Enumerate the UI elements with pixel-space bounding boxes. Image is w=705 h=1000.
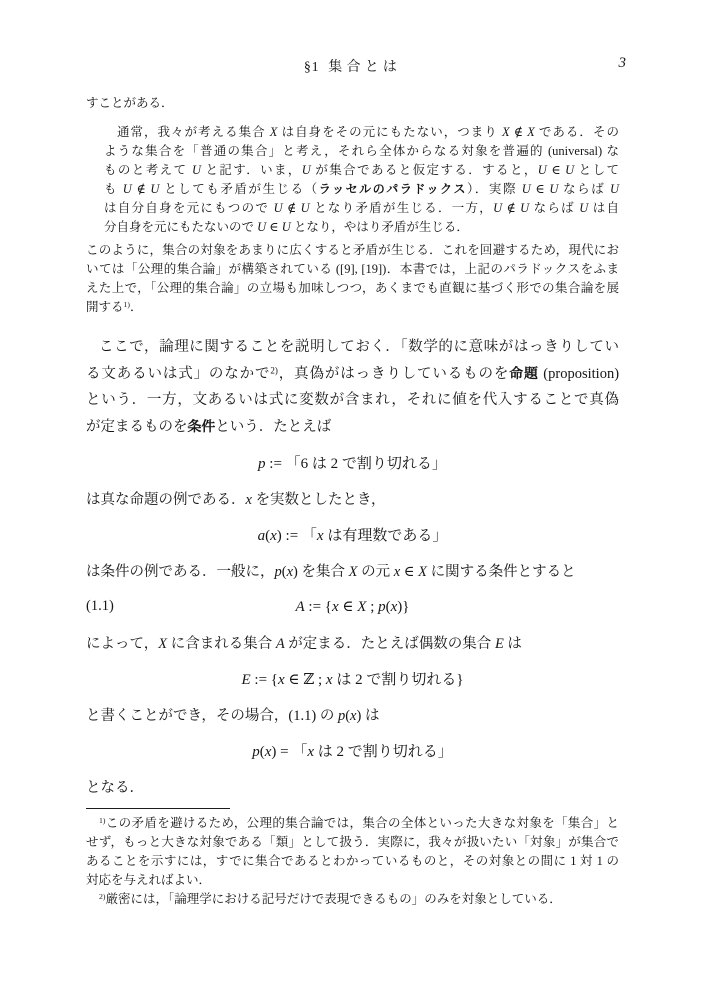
text-line: いては「公理的集合論」が構築されている ([9], [19])．本書では，上記の… — [86, 260, 619, 279]
text-run: ものと考えて — [104, 163, 192, 177]
page-body: すことがある． 通常，我々が考える集合 X は自身をその元にもたない，つまり X… — [86, 94, 619, 909]
text-line: 通常，我々が考える集合 X は自身をその元にもたない，つまり X ∉ X である… — [104, 123, 619, 142]
text-run: ∉ — [283, 201, 301, 215]
math-variable: E — [495, 636, 504, 652]
display-equation: E := {x ∈ ℤ ; x は 2 で割り切れる} — [86, 660, 619, 696]
text-line: 2)厳密には，「論理学における記号だけで表現できるもの」のみを対象としている． — [86, 890, 619, 909]
text-run: ならば — [558, 182, 610, 196]
text-run: ∈ ℤ ; — [285, 672, 326, 688]
math-variable: U — [522, 182, 531, 196]
math-variable: p — [252, 744, 260, 760]
math-variable: x — [270, 528, 277, 544]
text-line: あることを示すには，すでに集合であるとわかっているものと，その対象との間に 1 … — [86, 852, 619, 871]
text-line: は自分自身を元にもつので U ∉ U となり矛盾が生じる．一方，U ∉ U なら… — [104, 199, 619, 218]
text-run: 対応を与えればよい． — [86, 873, 211, 887]
text-run: となり矛盾が生じる．一方， — [310, 201, 493, 215]
text-line: となる． — [86, 768, 619, 804]
math-variable: U — [302, 163, 311, 177]
textbook-page: §1集合とは 3 すことがある． 通常，我々が考える集合 X は自身をその元にも… — [0, 0, 705, 1000]
text-run: 開する — [86, 300, 124, 314]
line-content: E := {x ∈ ℤ ; x は 2 で割り切れる} — [241, 668, 463, 689]
text-line: 1)この矛盾を避けるため，公理的集合論では，集合の全体といった大きな対象を「集合… — [86, 814, 619, 833]
text-run: ような集合を「普通の集合」と考え，それら全体からなる対象を普遍的 (univer… — [104, 144, 619, 158]
bold-term: 条件 — [188, 418, 216, 434]
text-run: は条件の例である．一般に， — [86, 564, 275, 580]
display-equation: (1.1)A := {x ∈ X ; p(x)} — [86, 588, 619, 624]
text-line: は条件の例である．一般に，p(x) を集合 X の元 x ∈ X に関する条件と… — [86, 552, 619, 588]
equation-tag: (1.1) — [86, 598, 114, 615]
text-run: この矛盾を避けるため，公理的集合論では，集合の全体といった大きな対象を「集合」と — [105, 816, 619, 830]
text-line: る文あるいは式」のなかで2)，真偽がはっきりしているものを命題 (proposi… — [86, 360, 619, 387]
section-title: 集合とは — [328, 60, 401, 75]
running-head: §1集合とは — [86, 56, 619, 76]
text-run: えた上で，「公理的集合論」の立場も加味しつつ，あくまでも直観に基づく形での集合論… — [86, 281, 619, 295]
math-variable: x — [278, 672, 285, 688]
math-variable: x — [332, 599, 339, 615]
text-run: と記す．いま， — [201, 163, 302, 177]
text-run: ) := 「 — [277, 528, 317, 544]
text-run: ) = 「 — [271, 744, 307, 760]
math-variable: U — [274, 201, 283, 215]
line-content: a(x) := 「x は有理数である」 — [258, 524, 448, 545]
text-run: としても矛盾が生じる（ — [159, 182, 318, 196]
text-run: が集合であると仮定する．すると， — [311, 163, 538, 177]
text-run: すことがある． — [86, 96, 174, 110]
page-number: 3 — [619, 55, 627, 72]
text-run: ∉ — [502, 201, 520, 215]
math-variable: U — [565, 163, 574, 177]
text-run: である．その — [535, 125, 619, 139]
text-run: ）．実際 — [467, 182, 522, 196]
text-run: に関する条件とすると — [427, 564, 576, 580]
text-run: は自分自身を元にもつので — [104, 201, 274, 215]
text-run: る文あるいは式」のなかで — [86, 366, 270, 382]
text-run: ∉ — [132, 182, 151, 196]
text-line: という．一方，文あるいは式に変数が含まれ，それに値を代入することで真偽 — [86, 387, 619, 413]
text-line: 分自身を元にもたないので U ∈ U となり，やはり矛盾が生じる． — [104, 218, 619, 237]
footnote-marker: 2) — [270, 366, 277, 376]
text-run: ∈ — [547, 163, 565, 177]
text-run: ) は — [356, 708, 379, 724]
text-run: := { — [305, 599, 332, 615]
math-variable: X — [527, 125, 535, 139]
text-run: となる． — [86, 780, 144, 796]
text-run: の元 — [357, 564, 393, 580]
math-flow: p := 「6 は 2 で割り切れる」は真な命題の例である．x を実数としたとき… — [86, 444, 619, 804]
math-variable: x — [307, 744, 314, 760]
text-run: := 「6 は 2 で割り切れる」 — [266, 456, 447, 472]
text-run: )} — [397, 599, 409, 615]
math-variable: U — [493, 201, 502, 215]
text-line: ものと考えて U と記す．いま，U が集合であると仮定する．すると，U ∈ U … — [104, 161, 619, 180]
math-variable: x — [317, 528, 324, 544]
math-variable: U — [192, 163, 201, 177]
text-run: という．たとえば — [215, 419, 331, 435]
logic-paragraph: ここで，論理に関することを説明しておく．「数学的に意味がはっきりしている文あるい… — [86, 334, 619, 440]
line-content: は条件の例である．一般に，p(x) を集合 X の元 x ∈ X に関する条件と… — [86, 560, 576, 581]
text-run: ∈ — [531, 182, 550, 196]
text-line: ような集合を「普通の集合」と考え，それら全体からなる対象を普遍的 (univer… — [104, 142, 619, 161]
text-run: あることを示すには，すでに集合であるとわかっているものと，その対象との間に 1 … — [86, 854, 619, 868]
text-run: 分自身を元にもたないので — [104, 220, 257, 234]
math-variable: E — [241, 672, 250, 688]
axiomatic-set-theory-paragraph: このように，集合の対象をあまりに広くすると矛盾が生じる．これを回避するため，現代… — [86, 241, 619, 317]
text-run: このように，集合の対象をあまりに広くすると矛盾が生じる．これを回避するため，現代… — [86, 243, 619, 257]
math-variable: U — [610, 182, 619, 196]
math-variable: U — [257, 220, 266, 234]
text-line: すことがある． — [86, 94, 619, 113]
line-content: は真な命題の例である．x を実数としたとき， — [86, 488, 385, 509]
line-content: と書くことができ，その場合，(1.1) の p(x) は — [86, 704, 379, 725]
text-run: 通常，我々が考える集合 — [117, 125, 270, 139]
section-number: §1 — [304, 60, 319, 75]
text-run: は自 — [588, 201, 619, 215]
text-run: も — [104, 182, 123, 196]
line-content: によって，X に含まれる集合 A が定まる．たとえば偶数の集合 E は — [86, 632, 522, 653]
line-content: となる． — [86, 776, 144, 797]
text-line: ここで，論理に関することを説明しておく．「数学的に意味がはっきりしてい — [86, 334, 619, 360]
text-line: せず，もっと大きな対象である「類」として扱う．実際に，我々が扱いたい「対象」が集… — [86, 833, 619, 852]
math-variable: p — [258, 456, 266, 472]
math-variable: X — [158, 636, 167, 652]
footnote-rule — [86, 808, 230, 809]
text-line: が定まるものを条件という．たとえば — [86, 413, 619, 440]
bold-term: 命題 — [509, 365, 539, 381]
display-equation: p := 「6 は 2 で割り切れる」 — [86, 444, 619, 480]
math-variable: a — [258, 528, 266, 544]
text-run: は — [504, 636, 522, 652]
text-run: ． — [130, 300, 143, 314]
text-run: いては「公理的集合論」が構築されている ([9], [19])．本書では，上記の… — [86, 262, 619, 276]
text-run: に含まれる集合 — [167, 636, 276, 652]
display-equation: a(x) := 「x は有理数である」 — [86, 516, 619, 552]
line-content: A := {x ∈ X ; p(x)} — [296, 597, 410, 616]
math-variable: A — [296, 599, 305, 615]
text-run: が定まるものを — [86, 419, 188, 435]
text-run: は自身をその元にもたない，つまり — [277, 125, 502, 139]
russell-paradox-remark: 通常，我々が考える集合 X は自身をその元にもたない，つまり X ∉ X である… — [104, 123, 619, 237]
text-run: ここで，論理に関することを説明しておく．「数学的に意味がはっきりしてい — [99, 339, 619, 355]
math-variable: p — [378, 599, 386, 615]
text-run: と書くことができ，その場合，(1.1) の — [86, 708, 338, 724]
math-variable: U — [301, 201, 310, 215]
math-variable: U — [282, 220, 291, 234]
text-line: と書くことができ，その場合，(1.1) の p(x) は — [86, 696, 619, 732]
line-content: p(x) = 「x は 2 で割り切れる」 — [252, 740, 453, 761]
math-variable: U — [520, 201, 529, 215]
math-variable: U — [538, 163, 547, 177]
text-run: となり，やはり矛盾が生じる． — [291, 220, 469, 234]
math-variable: U — [579, 201, 588, 215]
text-run: せず，もっと大きな対象である「類」として扱う．実際に，我々が扱いたい「対象」が集… — [86, 835, 619, 849]
text-line: 対応を与えればよい． — [86, 871, 619, 890]
text-run: は 2 で割り切れる} — [333, 672, 464, 688]
text-run: ∈ — [400, 564, 418, 580]
text-line: も U ∉ U としても矛盾が生じる（ラッセルのパラドックス）．実際 U ∈ U… — [104, 180, 619, 199]
text-run: は有理数である」 — [324, 528, 448, 544]
text-run: は 2 で割り切れる」 — [314, 744, 453, 760]
text-line: 開する1)． — [86, 298, 619, 317]
bold-term: ラッセルのパラドックス — [319, 182, 467, 196]
text-run: 厳密には，「論理学における記号だけで表現できるもの」のみを対象としている． — [105, 892, 561, 906]
text-run: ならば — [529, 201, 579, 215]
math-variable: x — [326, 672, 333, 688]
math-variable: A — [276, 636, 285, 652]
math-variable: U — [123, 182, 132, 196]
math-variable: p — [275, 564, 282, 580]
math-variable: X — [418, 564, 427, 580]
text-run: ∈ — [266, 220, 282, 234]
text-line: えた上で，「公理的集合論」の立場も加味しつつ，あくまでも直観に基づく形での集合論… — [86, 279, 619, 298]
text-run: ; — [366, 599, 378, 615]
line-content: p := 「6 は 2 で割り切れる」 — [258, 452, 447, 473]
text-run: が定まる．たとえば偶数の集合 — [285, 636, 495, 652]
page-header: §1集合とは 3 — [86, 56, 619, 76]
footnote-1: 1)この矛盾を避けるため，公理的集合論では，集合の全体といった大きな対象を「集合… — [86, 814, 619, 890]
text-run: ) を集合 — [293, 564, 349, 580]
footnote-2: 2)厳密には，「論理学における記号だけで表現できるもの」のみを対象としている． — [86, 890, 619, 909]
text-run: は真な命題の例である． — [86, 492, 246, 508]
text-line: は真な命題の例である．x を実数としたとき， — [86, 480, 619, 516]
intro-paragraph: すことがある． — [86, 94, 619, 113]
text-run: として — [574, 163, 619, 177]
text-run: によって， — [86, 636, 158, 652]
text-run: ∈ — [339, 599, 358, 615]
text-run: := { — [251, 672, 278, 688]
text-line: このように，集合の対象をあまりに広くすると矛盾が生じる．これを回避するため，現代… — [86, 241, 619, 260]
text-run: という．一方，文あるいは式に変数が含まれ，それに値を代入することで真偽 — [86, 392, 619, 408]
text-run: ∉ — [510, 125, 528, 139]
display-equation: p(x) = 「x は 2 で割り切れる」 — [86, 732, 619, 768]
text-run: ，真偽がはっきりしているものを — [278, 366, 509, 382]
text-run: を実数としたとき， — [252, 492, 386, 508]
text-line: によって，X に含まれる集合 A が定まる．たとえば偶数の集合 E は — [86, 624, 619, 660]
text-run: (proposition) — [539, 366, 619, 382]
math-variable: X — [502, 125, 510, 139]
